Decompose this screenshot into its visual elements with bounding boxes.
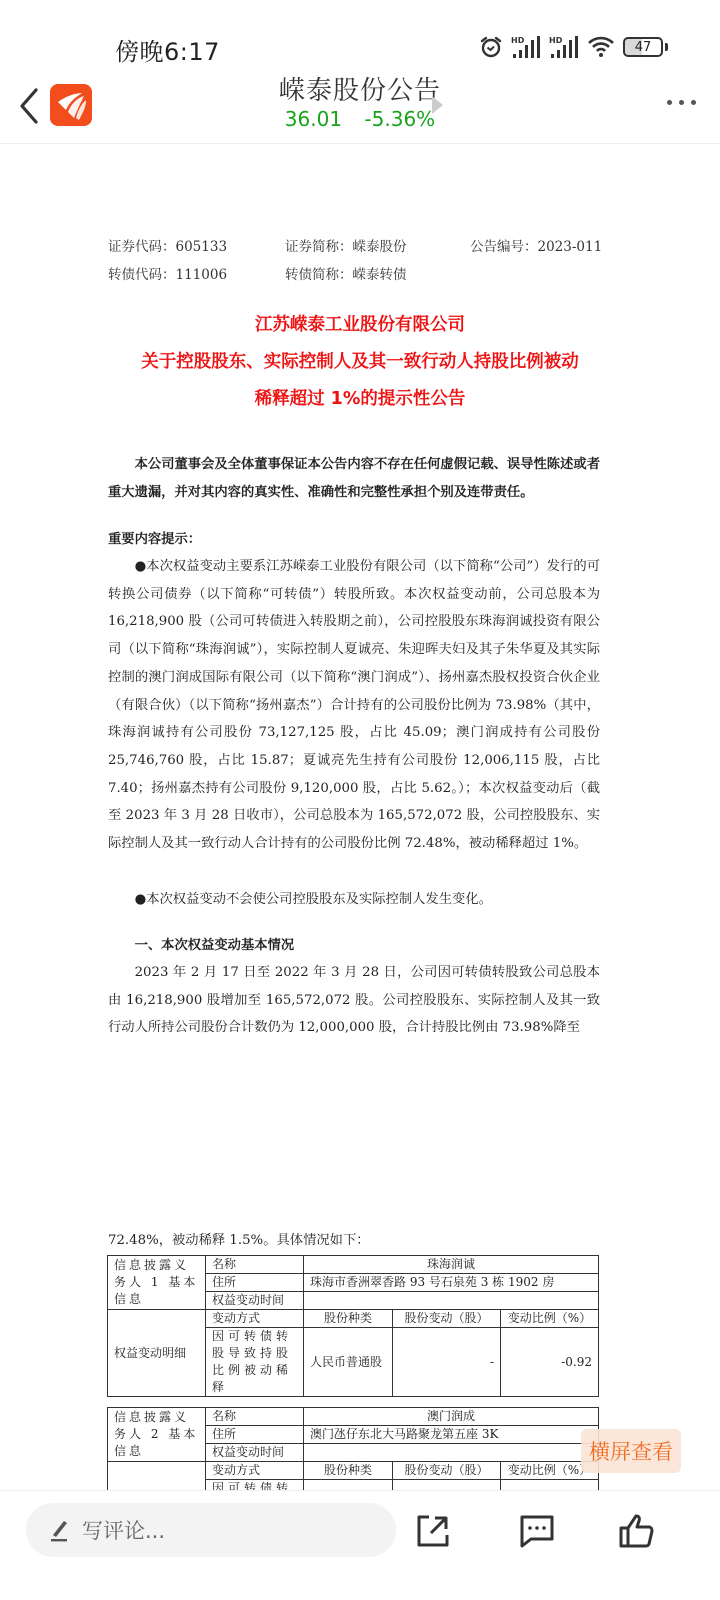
share-type: 人民币普通股 (304, 1328, 393, 1397)
share-change: - (393, 1328, 501, 1397)
board-statement: 本公司董事会及全体董事保证本公告内容不存在任何虚假记载、误导性陈述或者重大遗漏，… (108, 451, 600, 506)
stock-code: 证券代码：605133 (108, 235, 227, 255)
change-method: 因可转债转股 (206, 1480, 304, 1491)
stock-quote: 36.01 -5.36% (0, 107, 720, 131)
col-header-share-change: 股份变动（股） (393, 1310, 501, 1328)
page-title: 嵘泰股份公告 (0, 70, 720, 107)
doc-title-line-2: 关于控股股东、实际控制人及其一致行动人持股比例被动 (100, 348, 620, 373)
share-change (393, 1480, 501, 1491)
comment-input[interactable]: 写评论... (26, 1503, 396, 1557)
address-value: 澳门氹仔东北大马路聚龙第五座 3K (304, 1426, 599, 1444)
section-1-heading: 一、本次权益变动基本情况 (108, 932, 600, 960)
svg-text:HD: HD (511, 36, 525, 45)
landscape-view-button[interactable]: 横屏查看 (581, 1429, 681, 1473)
cellular-signal-2-icon: HD (549, 35, 579, 59)
col-header-method: 变动方式 (206, 1310, 304, 1328)
col-header-share-type: 股份种类 (304, 1310, 393, 1328)
page-2-text: 72.48%，被动稀释 1.5%。具体情况如下： (108, 1227, 600, 1255)
table-1-group-label: 信息披露义务人 1 基本信息 (108, 1256, 206, 1310)
bond-code: 转债代码：111006 (108, 263, 227, 283)
bottom-action-bar: 写评论... (0, 1490, 720, 1600)
status-bar: 傍晚6:17 HD HD 47 (0, 0, 720, 80)
share-icon (413, 1511, 453, 1551)
comment-bubble-icon (517, 1511, 557, 1551)
col-header-change-ratio: 变动比例（%） (501, 1310, 599, 1328)
address-label: 住所 (206, 1274, 304, 1292)
time-label: 权益变动时间 (206, 1292, 304, 1310)
time-value (304, 1444, 599, 1462)
time-label: 权益变动时间 (206, 1444, 304, 1462)
stock-short-name: 证券简称：嵘泰股份 (285, 235, 407, 255)
col-header-method: 变动方式 (206, 1462, 304, 1480)
detail-label-empty (108, 1462, 206, 1491)
info-table-1: 信息披露义务人 1 基本信息 名称 珠海润诚 住所 珠海市香洲翠香路 93 号石… (107, 1255, 599, 1397)
cellular-signal-icon: HD (511, 35, 541, 59)
thumbs-up-icon (617, 1511, 657, 1551)
pencil-icon (48, 1517, 72, 1543)
status-icons: HD HD 47 (479, 34, 668, 60)
bullet-point-2: ●本次权益变动不会使公司控股股东及实际控制人发生变化。 (108, 886, 600, 914)
bullet-point-1: ●本次权益变动主要系江苏嵘泰工业股份有限公司（以下简称“公司”）发行的可转换公司… (108, 553, 600, 858)
change-ratio (501, 1480, 599, 1491)
like-button[interactable] (617, 1511, 657, 1551)
share-type (304, 1480, 393, 1491)
share-button[interactable] (413, 1511, 453, 1551)
name-label: 名称 (206, 1256, 304, 1274)
col-header-share-change: 股份变动（股） (393, 1462, 501, 1480)
detail-label: 权益变动明细 (108, 1310, 206, 1397)
address-label: 住所 (206, 1426, 304, 1444)
status-time: 傍晚6:17 (115, 32, 220, 67)
alarm-icon (479, 35, 503, 59)
doc-title-line-1: 江苏嵘泰工业股份有限公司 (100, 311, 620, 336)
comment-placeholder: 写评论... (82, 1515, 165, 1545)
name-value: 珠海润诚 (304, 1256, 599, 1274)
info-table-2: 信息披露义务人 2 基本信息 名称 澳门润成 住所 澳门氹仔东北大马路聚龙第五座… (107, 1407, 599, 1490)
stock-price: 36.01 (285, 107, 342, 131)
doc-title-line-3: 稀释超过 1%的提示性公告 (100, 385, 620, 410)
time-value (304, 1292, 599, 1310)
address-value: 珠海市香洲翠香路 93 号石泉苑 3 栋 1902 房 (304, 1274, 599, 1292)
wifi-icon (587, 35, 615, 59)
stock-change: -5.36% (364, 107, 435, 131)
announcement-number: 公告编号：2023-011 (470, 235, 602, 255)
more-options-button[interactable] (667, 100, 696, 105)
important-heading: 重要内容提示： (108, 526, 600, 554)
dot-icon (667, 100, 672, 105)
dot-icon (691, 100, 696, 105)
section-1-text: 2023 年 2 月 17 日至 2022 年 3 月 28 日，公司因可转债转… (108, 959, 600, 1042)
comments-button[interactable] (517, 1511, 557, 1551)
quote-detail-arrow-icon[interactable] (432, 96, 443, 114)
table-2-group-label: 信息披露义务人 2 基本信息 (108, 1408, 206, 1462)
col-header-share-type: 股份种类 (304, 1462, 393, 1480)
battery-tip (665, 43, 668, 51)
change-method: 因可转债转股导致持股比例被动稀释 (206, 1328, 304, 1397)
battery-level: 47 (623, 37, 663, 57)
name-label: 名称 (206, 1408, 304, 1426)
change-ratio: -0.92 (501, 1328, 599, 1397)
svg-text:HD: HD (549, 36, 563, 45)
battery-icon: 47 (623, 37, 668, 57)
bond-short-name: 转债简称：嵘泰转债 (285, 263, 407, 283)
dot-icon (679, 100, 684, 105)
announcement-document[interactable]: 证券代码：605133 证券简称：嵘泰股份 公告编号：2023-011 转债代码… (0, 145, 720, 1490)
app-header: 嵘泰股份公告 36.01 -5.36% (0, 70, 720, 144)
name-value: 澳门润成 (304, 1408, 599, 1426)
